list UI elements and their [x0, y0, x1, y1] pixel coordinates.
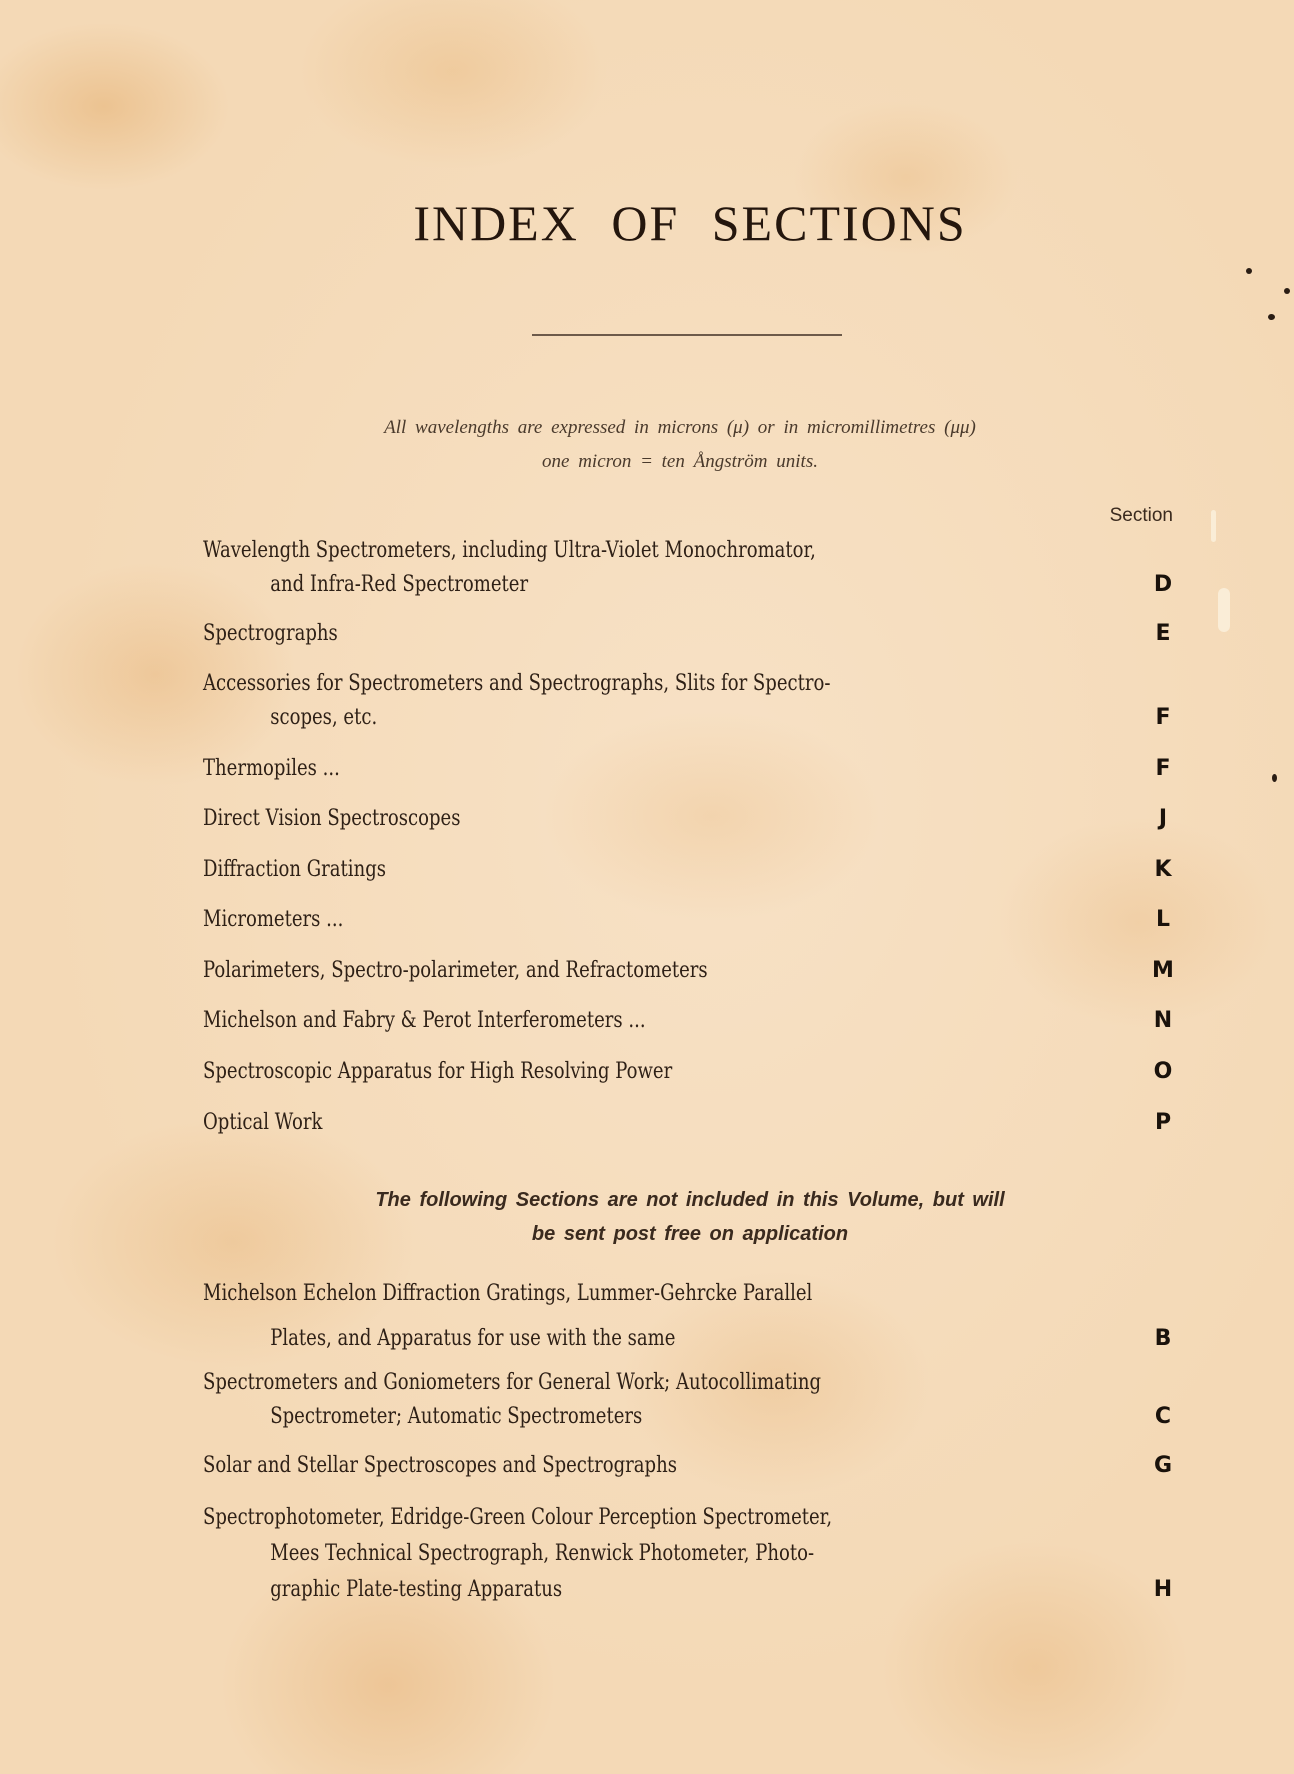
index-entry: Direct Vision Spectroscopes: [203, 802, 998, 836]
page-title: INDEX OF SECTIONS: [0, 198, 1294, 248]
note-line: one micron = ten Ångström units.: [250, 445, 1110, 479]
section-letter: M: [1148, 954, 1178, 988]
entry-title-line: Michelson and Fabry & Perot Interferomet…: [203, 1004, 998, 1038]
catalogue-page: INDEX OF SECTIONS All wavelengths are ex…: [0, 0, 1294, 1774]
entry-title-line: scopes, etc.: [203, 701, 998, 735]
paper-speck: [1272, 774, 1277, 782]
entry-title-line: and Infra-Red Spectrometer: [203, 568, 998, 602]
section-letter: F: [1148, 701, 1178, 735]
section-letter: E: [1148, 617, 1178, 651]
index-entry: Spectrographs: [203, 617, 998, 651]
paper-blemish: [1218, 588, 1230, 632]
section-letter: P: [1148, 1106, 1178, 1140]
index-entry: Solar and Stellar Spectroscopes and Spec…: [203, 1449, 998, 1483]
entry-title-line: Mees Technical Spectrograph, Renwick Pho…: [203, 1537, 998, 1573]
section-letter: C: [1148, 1400, 1178, 1434]
entry-title-line: Spectrographs: [203, 617, 998, 651]
notice-line: The following Sections are not included …: [250, 1183, 1130, 1217]
wavelength-units-note: All wavelengths are expressed in microns…: [250, 411, 1110, 479]
entry-title-line: Spectrometer; Automatic Spectrometers: [203, 1400, 998, 1434]
entry-title-line: Michelson Echelon Diffraction Gratings, …: [203, 1277, 998, 1322]
entry-title-line: Direct Vision Spectroscopes: [203, 802, 998, 836]
index-entry: Polarimeters, Spectro-polarimeter, and R…: [203, 954, 998, 988]
entry-title-line: Solar and Stellar Spectroscopes and Spec…: [203, 1449, 998, 1483]
entry-title-line: Polarimeters, Spectro-polarimeter, and R…: [203, 954, 998, 988]
section-letter: F: [1148, 752, 1178, 786]
section-letter: N: [1148, 1004, 1178, 1038]
entry-title-line: Plates, and Apparatus for use with the s…: [203, 1322, 998, 1367]
notice-line: be sent post free on application: [250, 1217, 1130, 1251]
index-entry: Spectrophotometer, Edridge-Green Colour …: [203, 1501, 998, 1609]
entry-title-line: Accessories for Spectrometers and Spectr…: [203, 667, 998, 701]
paper-speck: [1284, 288, 1290, 294]
section-letter: D: [1148, 568, 1178, 602]
index-entry: Michelson and Fabry & Perot Interferomet…: [203, 1004, 998, 1038]
entry-title-line: Diffraction Gratings: [203, 853, 998, 887]
index-entry: Wavelength Spectrometers, including Ultr…: [203, 534, 998, 602]
entry-title-line: Thermopiles ...: [203, 752, 998, 786]
index-entry: Accessories for Spectrometers and Spectr…: [203, 667, 998, 735]
section-letter: L: [1148, 903, 1178, 937]
section-letter: K: [1148, 853, 1178, 887]
section-letter: J: [1148, 802, 1178, 836]
index-entry: Thermopiles ...: [203, 752, 998, 786]
entry-title-line: graphic Plate-testing Apparatus: [203, 1573, 998, 1609]
paper-speck: [1268, 314, 1275, 320]
index-entry: Diffraction Gratings: [203, 853, 998, 887]
index-entry: Spectroscopic Apparatus for High Resolvi…: [203, 1055, 998, 1089]
title-divider-rule: [532, 334, 842, 336]
paper-speck: [1246, 268, 1252, 274]
entry-title-line: Wavelength Spectrometers, including Ultr…: [203, 534, 998, 568]
not-included-notice: The following Sections are not included …: [250, 1183, 1130, 1251]
entry-title-line: Micrometers ...: [203, 903, 998, 937]
index-entry: Michelson Echelon Diffraction Gratings, …: [203, 1277, 998, 1367]
section-letter: H: [1148, 1573, 1178, 1607]
index-entry: Micrometers ...: [203, 903, 998, 937]
paper-blemish: [1211, 510, 1216, 542]
section-letter: O: [1148, 1055, 1178, 1089]
index-entry: Optical Work: [203, 1106, 998, 1140]
section-letter: G: [1148, 1449, 1178, 1483]
note-line: All wavelengths are expressed in microns…: [250, 411, 1110, 445]
section-letter: B: [1148, 1322, 1178, 1356]
index-entry: Spectrometers and Goniometers for Genera…: [203, 1366, 998, 1434]
entry-title-line: Spectrophotometer, Edridge-Green Colour …: [203, 1501, 998, 1537]
entry-title-line: Spectrometers and Goniometers for Genera…: [203, 1366, 998, 1400]
section-column-header: Section: [1110, 505, 1173, 527]
entry-title-line: Optical Work: [203, 1106, 998, 1140]
entry-title-line: Spectroscopic Apparatus for High Resolvi…: [203, 1055, 998, 1089]
